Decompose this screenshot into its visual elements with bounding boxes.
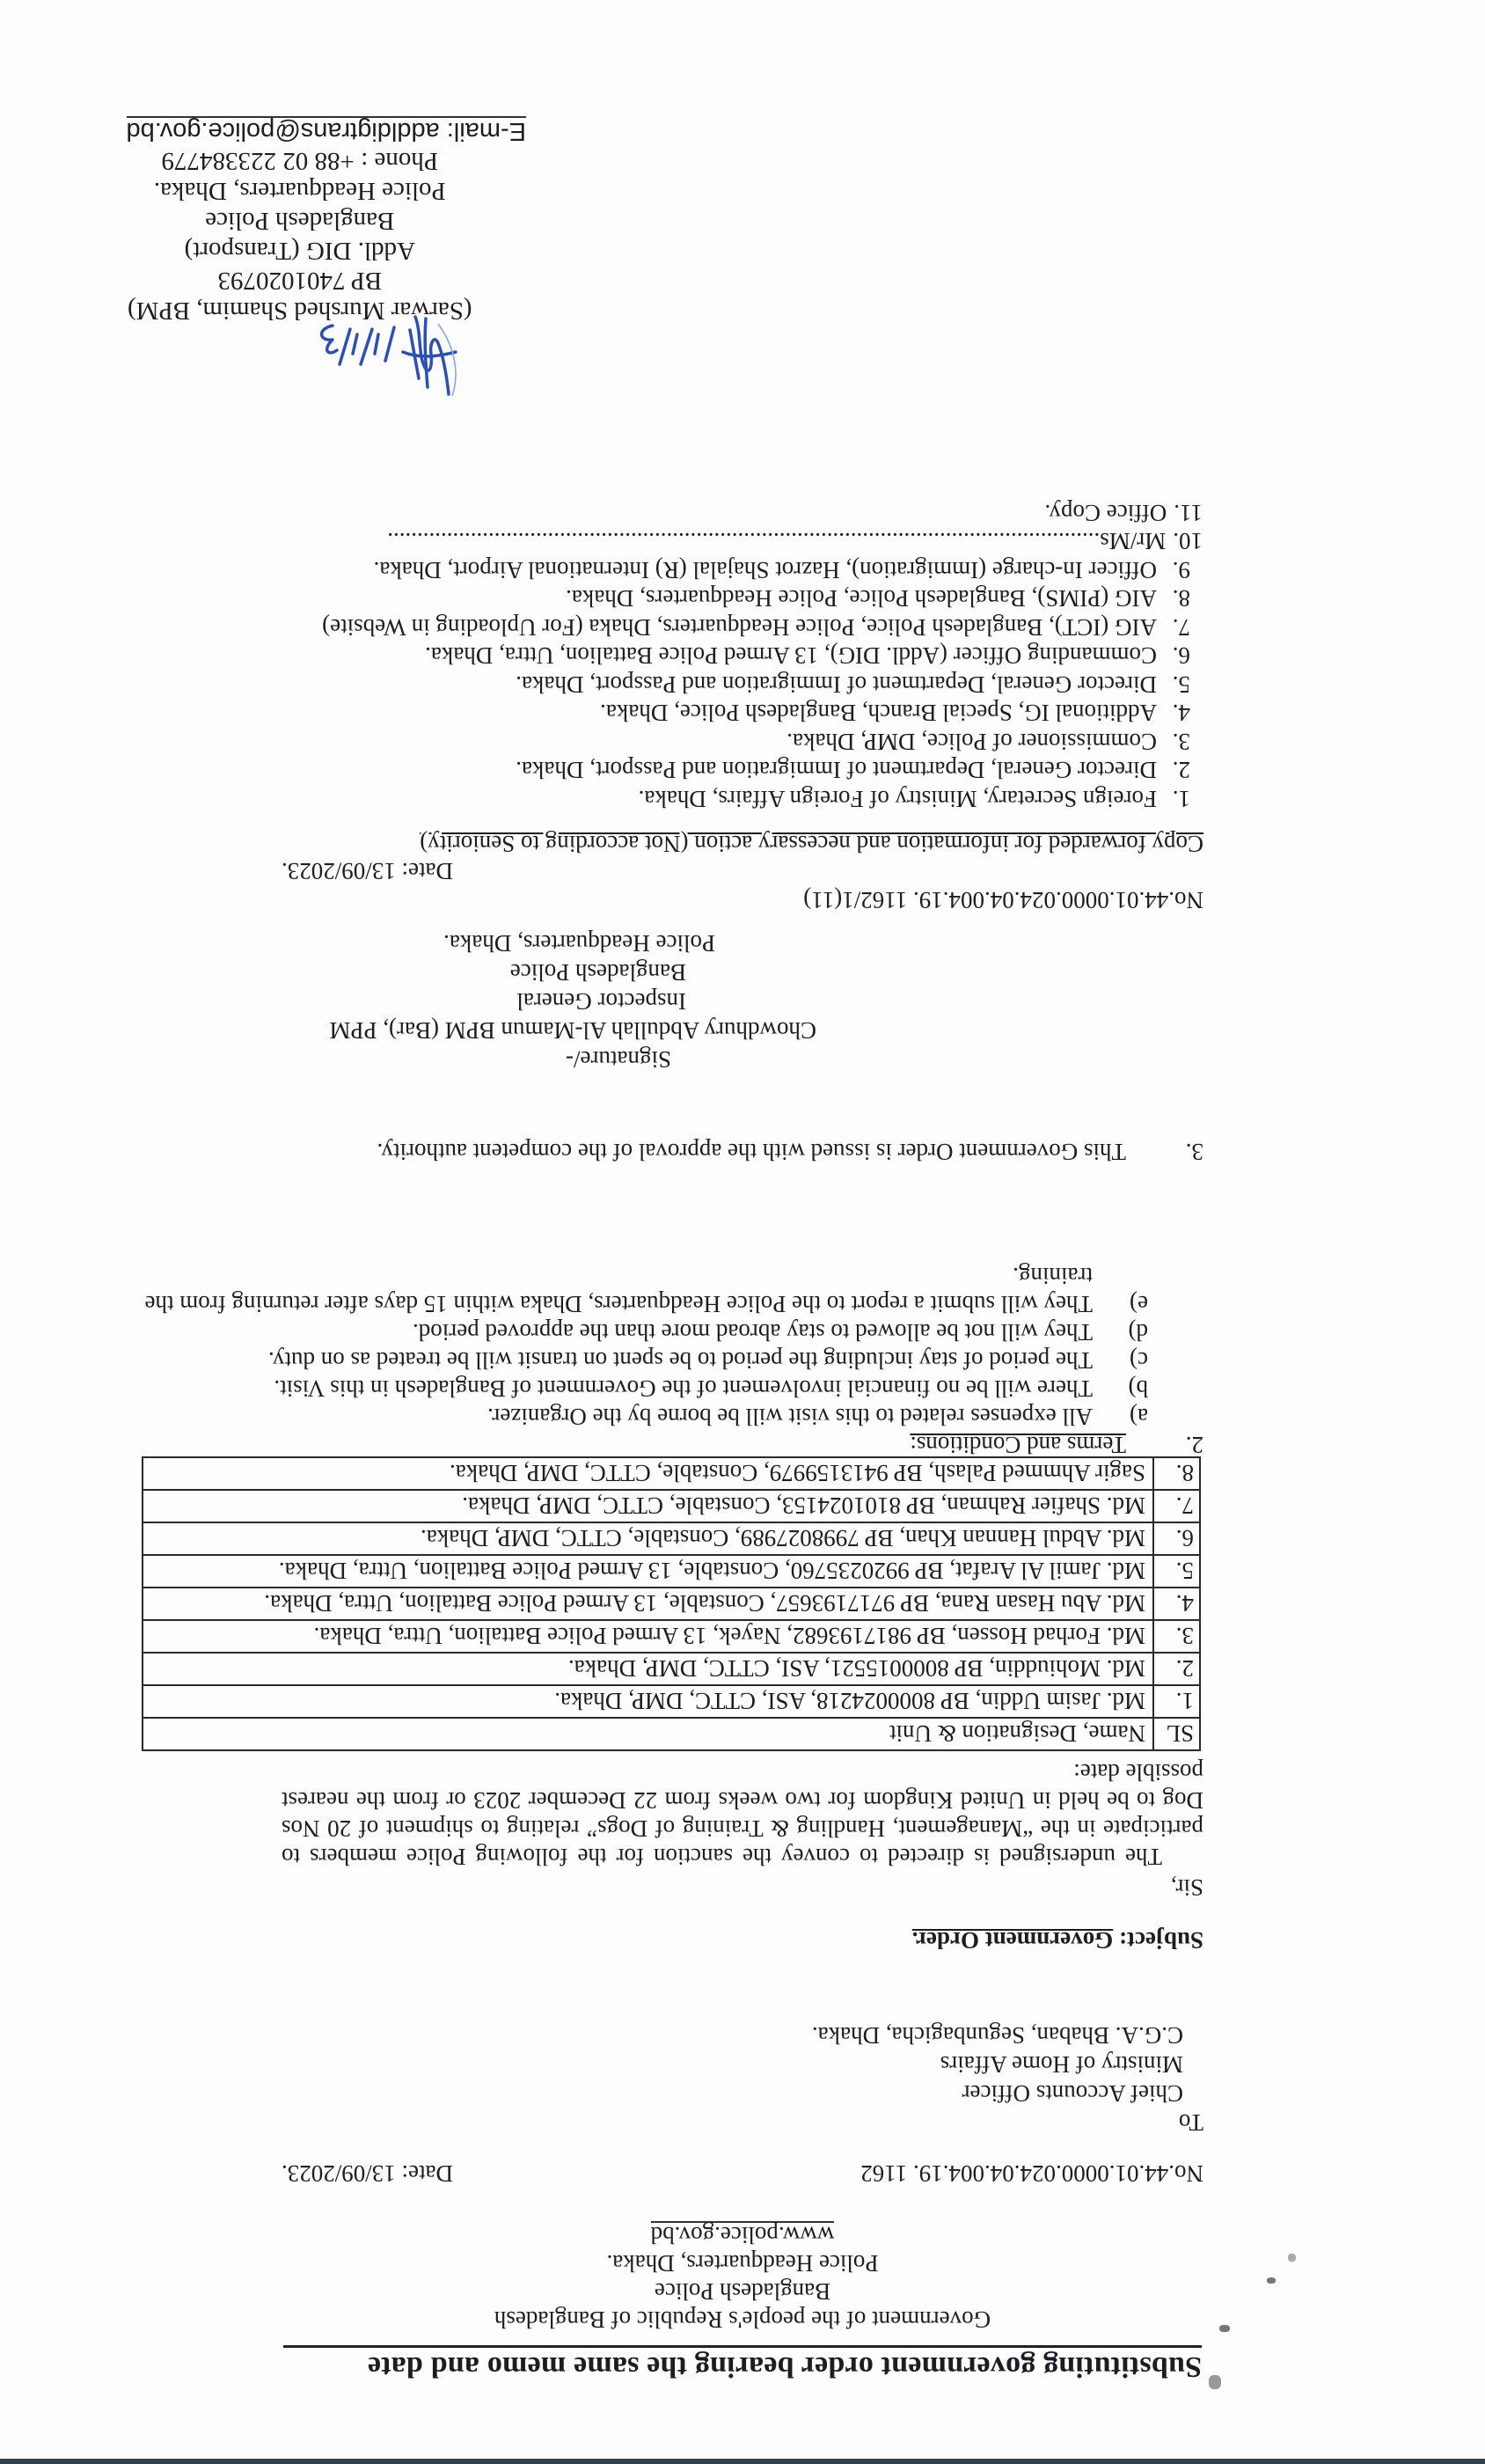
terms-and-conditions: 2. Terms and Conditions: a)All expenses … (130, 1262, 1203, 1459)
scan-speck (1209, 2375, 1221, 2389)
addressee-line: Chief Accounts Officer (812, 2079, 1203, 2108)
copy-number: 9. (1157, 556, 1190, 585)
memo-date: Date: 13/09/2023. (282, 2160, 453, 2187)
copy-text: Office Copy. (1045, 499, 1167, 528)
row-member: Md. Abdul Hannan Khan, BP 7998027989, Co… (143, 1522, 1153, 1555)
ig-signature-block: Signature/- Chowdhury Abdullah Al-Mamun … (329, 928, 816, 1074)
table-row: 1.Md. Jasim Uddin, BP 8000024218, ASI, C… (143, 1685, 1200, 1718)
copy-recipient: 2.Director General, Department of Immigr… (322, 756, 1190, 785)
memo-row: No.44.01.0000.024.04.004.19. 1162 Date: … (282, 2160, 1203, 2187)
term-letter: b) (1129, 1375, 1149, 1403)
clause-3-text: This Government Order is issued with the… (377, 1138, 1126, 1165)
officer-email-link[interactable]: E-mail: addldigtrans@police.gov.bd (127, 116, 526, 144)
terms-heading: Terms and Conditions: (130, 1431, 1126, 1459)
subject-line: Subject: Government Order. (912, 1926, 1203, 1954)
term-text: The period of stay including the period … (268, 1347, 1093, 1374)
copy-recipient: 1.Foreign Secretary, Ministry of Foreign… (322, 785, 1190, 814)
table-row: 7.Md. Shafier Rahman, BP 8101024153, Con… (143, 1490, 1200, 1522)
terms-number: 2. (1186, 1431, 1203, 1459)
subject-text: Government Order. (912, 1927, 1113, 1954)
copy-number: 3. (1157, 728, 1190, 757)
copy-number: 6. (1157, 642, 1190, 671)
row-member: Md. Shafier Rahman, BP 8101024153, Const… (143, 1490, 1153, 1522)
row-sl: 2. (1153, 1653, 1200, 1685)
copy-memo-number: No.44.01.0000.024.04.004.19. 1162/1(11) (803, 857, 1203, 913)
row-member: Md. Jasim Uddin, BP 8000024218, ASI, CTT… (143, 1685, 1153, 1718)
copy-number: 5. (1157, 671, 1190, 700)
term-letter: e) (1130, 1290, 1148, 1318)
row-sl: 4. (1153, 1588, 1200, 1620)
term-item: d)They will not be allowed to stay abroa… (130, 1318, 1148, 1346)
table-header-sl: SL (1153, 1718, 1200, 1750)
copy-text: Additional IG, Special Branch, Banglades… (600, 699, 1157, 728)
term-letter: c) (1130, 1346, 1148, 1375)
body-paragraph: The undersigned is directed to convey th… (282, 1758, 1203, 1871)
copy-text: AIG (ICT), Bangladesh Police, Police Hea… (322, 613, 1157, 642)
row-sl: 6. (1153, 1522, 1200, 1555)
copy-text: Commanding Officer (Addl. DIG), 13 Armed… (425, 642, 1157, 671)
copy-text: Officer In-charge (Immigration), Hazrot … (374, 556, 1157, 585)
term-letter: a) (1130, 1403, 1148, 1431)
copy-forwarded-heading: Copy forwarded for information and neces… (420, 830, 1203, 857)
copy-number: 10. (1173, 527, 1203, 556)
table-header-name: Name, Designation & Unit (143, 1718, 1153, 1750)
signatory-place: Police Headquarters, Dhaka. (329, 928, 816, 957)
addressee-line: C.G.A. Bhaban, Segunbagicha, Dhaka. (812, 2020, 1203, 2050)
signatory-designation: Inspector General (329, 986, 816, 1016)
row-sl: 8. (1153, 1457, 1200, 1490)
copy-text: AIG (PIMS), Bangladesh Police, Police He… (566, 584, 1157, 613)
table-row: 2.Md. Mohiuddin, BP 8000015521, ASI, CTT… (143, 1653, 1200, 1685)
officer-place: Police Headquarters, Dhaka. (127, 176, 473, 206)
copy-number: 1. (1157, 785, 1190, 814)
table-row: 3.Md. Forhad Hossen, BP 9817193682, Naye… (143, 1620, 1200, 1653)
table-row: 4.Md. Abu Hasan Rana, BP 9717193657, Con… (143, 1588, 1200, 1620)
copy-text: Commissioner of Police, DMP, Dhaka. (786, 728, 1157, 757)
copy-recipient: 3.Commissioner of Police, DMP, Dhaka. (322, 728, 1190, 757)
officer-block: (Sarwar Murshed Shamim, BPM) BP 74010207… (127, 116, 473, 326)
copy-recipient: 9.Officer In-charge (Immigration), Hazro… (322, 556, 1190, 585)
term-item: b)There will be no financial involvement… (130, 1375, 1148, 1403)
copy-memo-date: Date: 13/09/2023. (282, 857, 453, 884)
row-member: Md. Abu Hasan Rana, BP 9717193657, Const… (143, 1588, 1153, 1620)
addressee-line: Ministry of Home Affairs (812, 2050, 1203, 2079)
copy-recipient: 5.Director General, Department of Immigr… (322, 671, 1190, 700)
officer-bp-number: BP 7401020793 (127, 266, 473, 296)
scanned-document: Substituting government order bearing th… (0, 0, 1485, 2464)
row-member: Sagir Ahmmed Palash, BP 9413159979, Cons… (143, 1457, 1153, 1490)
term-item: a)All expenses related to this visit wil… (130, 1403, 1148, 1431)
row-sl: 3. (1153, 1620, 1200, 1653)
term-item: c)The period of stay including the perio… (130, 1346, 1148, 1375)
copy-text: Director General, Department of Immigrat… (516, 671, 1157, 700)
copy-recipient: 7.AIG (ICT), Bangladesh Police, Police H… (322, 613, 1190, 642)
members-table: SL Name, Designation & Unit 1.Md. Jasim … (142, 1456, 1201, 1751)
copy-memo-row: No.44.01.0000.024.04.004.19. 1162/1(11) … (282, 857, 1203, 913)
clause-3: 3. This Government Order is issued with … (377, 1138, 1203, 1165)
table-row: 5.Md. Jamil Al Arafat, BP 9920235760, Co… (143, 1555, 1200, 1588)
scanner-edge (0, 2459, 1485, 2464)
copy-text: Foreign Secretary, Ministry of Foreign A… (639, 785, 1157, 814)
to-label: To (812, 2108, 1203, 2137)
row-member: Md. Mohiuddin, BP 8000015521, ASI, CTTC,… (143, 1653, 1153, 1685)
officer-name: (Sarwar Murshed Shamim, BPM) (127, 296, 473, 326)
copy-recipient: 4.Additional IG, Special Branch, Banglad… (322, 699, 1190, 728)
signature-mark: Signature/- (329, 1045, 816, 1074)
salutation: Sir, (1171, 1874, 1203, 1901)
term-letter: d) (1129, 1318, 1149, 1346)
copy-number: 4. (1157, 699, 1190, 728)
copy-recipient: 10.Mr/Ms................................… (322, 527, 1203, 556)
copy-number: 8. (1157, 584, 1190, 613)
officer-designation: Addl. DIG (Transport) (127, 236, 473, 266)
term-text: They will submit a report to the Police … (145, 1263, 1093, 1317)
officer-phone: Phone : +88 02 223384779 (127, 146, 473, 176)
website-link[interactable]: www.police.gov.bd (651, 2221, 835, 2248)
letterhead-line: Police Headquarters, Dhaka. (0, 2249, 1485, 2277)
memo-number: No.44.01.0000.024.04.004.19. 1162 (860, 2160, 1203, 2187)
copy-recipient: 6.Commanding Officer (Addl. DIG), 13 Arm… (322, 642, 1190, 671)
term-text: All expenses related to this visit will … (487, 1404, 1093, 1430)
table-header-row: SL Name, Designation & Unit (143, 1718, 1200, 1750)
document-title: Substituting government order bearing th… (283, 2345, 1202, 2383)
row-sl: 5. (1153, 1555, 1200, 1588)
copy-number: 2. (1157, 756, 1190, 785)
copy-number: 7. (1157, 613, 1190, 642)
row-sl: 1. (1153, 1685, 1200, 1718)
officer-org: Bangladesh Police (127, 206, 473, 236)
copy-recipient: 11.Office Copy. (322, 499, 1203, 528)
subject-label: Subject: (1119, 1927, 1203, 1954)
letterhead-line: Government of the people's Republic of B… (0, 2306, 1485, 2334)
copy-text: Mr/Ms...................................… (387, 527, 1166, 556)
term-item: e)They will submit a report to the Polic… (130, 1262, 1148, 1318)
row-member: Md. Jamil Al Arafat, BP 9920235760, Cons… (143, 1555, 1153, 1588)
term-text: There will be no financial involvement o… (274, 1375, 1093, 1402)
table-row: 6.Md. Abdul Hannan Khan, BP 7998027989, … (143, 1522, 1200, 1555)
signatory-name: Chowdhury Abdullah Al-Mamun BPM (Bar), P… (329, 1016, 816, 1045)
letterhead-line: Bangladesh Police (0, 2277, 1485, 2306)
addressee-block: To Chief Accounts Officer Ministry of Ho… (812, 2020, 1203, 2137)
clause-3-number: 3. (1126, 1138, 1203, 1165)
copy-number: 11. (1174, 499, 1203, 528)
letterhead: Government of the people's Republic of B… (0, 2221, 1485, 2334)
table-row: 8.Sagir Ahmmed Palash, BP 9413159979, Co… (143, 1457, 1200, 1490)
signatory-org: Bangladesh Police (329, 957, 816, 986)
row-sl: 7. (1153, 1490, 1200, 1522)
copy-recipients-list: 1.Foreign Secretary, Ministry of Foreign… (322, 499, 1190, 814)
row-member: Md. Forhad Hossen, BP 9817193682, Nayek,… (143, 1620, 1153, 1653)
copy-text: Director General, Department of Immigrat… (516, 756, 1157, 785)
copy-recipient: 8.AIG (PIMS), Bangladesh Police, Police … (322, 584, 1190, 613)
term-text: They will not be allowed to stay abroad … (413, 1319, 1093, 1346)
